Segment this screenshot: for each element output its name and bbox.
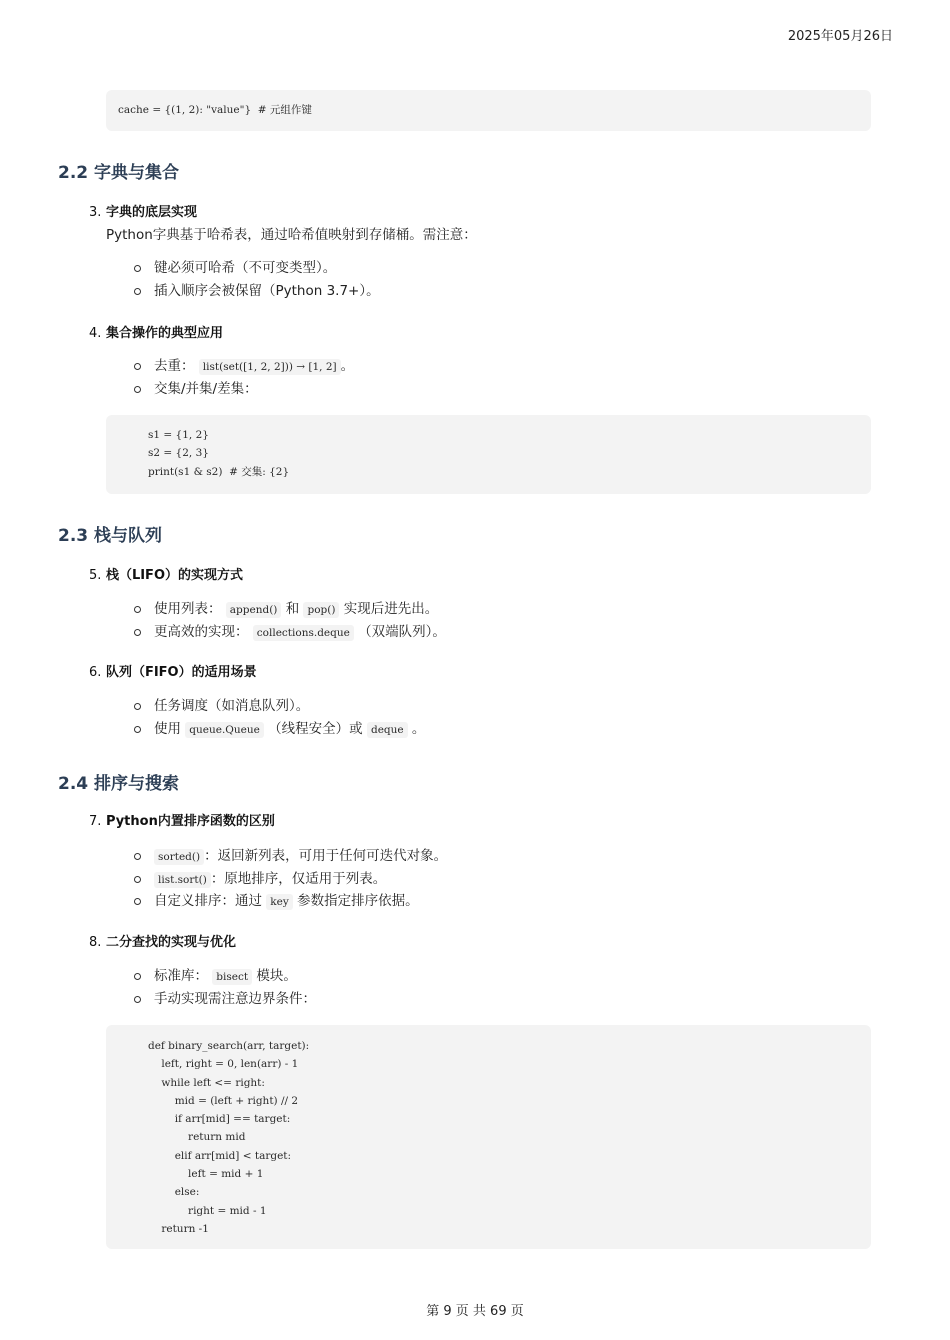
- section-heading-2-2: 2.2 字典与集合: [58, 158, 179, 183]
- bullet-text: 插入顺序会被保留（Python 3.7+）。: [154, 283, 380, 299]
- list-item: 交集/并集/差集：: [134, 378, 354, 401]
- list-item: 手动实现需注意边界条件：: [134, 988, 316, 1011]
- code-line: return mid: [148, 1128, 829, 1146]
- list-item: sorted()：返回新列表，可用于任何可迭代对象。: [134, 845, 447, 868]
- item-title-text: 队列（FIFO）的适用场景: [106, 665, 257, 680]
- inline-code: append(): [226, 602, 282, 618]
- item-number: 3.: [89, 205, 101, 220]
- inline-code: pop(): [303, 602, 339, 618]
- bullet-circle-icon: [134, 973, 141, 980]
- code-line: while left <= right:: [148, 1074, 829, 1092]
- list-item: list.sort()：原地排序，仅适用于列表。: [134, 868, 447, 891]
- bullet-circle-icon: [134, 703, 141, 710]
- item-title-6: 6. 队列（FIFO）的适用场景: [89, 661, 257, 680]
- list-item: 键必须可哈希（不可变类型）。: [134, 257, 380, 280]
- inline-code: list(set([1, 2, 2])) → [1, 2]: [199, 359, 341, 375]
- bullet-circle-icon: [134, 726, 141, 733]
- item-number: 6.: [89, 665, 101, 680]
- bullet-list-item8: 标准库： bisect 模块。 手动实现需注意边界条件：: [134, 965, 316, 1010]
- section-heading-2-4: 2.4 排序与搜索: [58, 769, 179, 794]
- item-number: 7.: [89, 814, 101, 829]
- list-item: 去重： list(set([1, 2, 2])) → [1, 2]。: [134, 355, 354, 378]
- bullet-text: （线程安全）或: [268, 721, 363, 737]
- bullet-text: 交集/并集/差集：: [154, 381, 258, 397]
- code-line: return -1: [148, 1220, 829, 1238]
- paragraph-dict-impl: Python字典基于哈希表，通过哈希值映射到存储桶。需注意：: [106, 223, 477, 243]
- bullet-text: 。: [412, 721, 426, 737]
- bullet-circle-icon: [134, 996, 141, 1003]
- bullet-circle-icon: [134, 265, 141, 272]
- list-item: 更高效的实现： collections.deque （双端队列）。: [134, 621, 446, 644]
- page-number-footer: 第 9 页 共 69 页: [0, 1300, 950, 1319]
- bullet-text: 模块。: [256, 968, 297, 984]
- bullet-text: 手动实现需注意边界条件：: [154, 991, 316, 1007]
- code-line: s2 = {2, 3}: [148, 444, 829, 462]
- bullet-list-item4: 去重： list(set([1, 2, 2])) → [1, 2]。 交集/并集…: [134, 355, 354, 400]
- list-item: 插入顺序会被保留（Python 3.7+）。: [134, 280, 380, 303]
- code-line: right = mid - 1: [148, 1202, 829, 1220]
- inline-code: list.sort(): [154, 872, 211, 888]
- bullet-circle-icon: [134, 363, 141, 370]
- item-title-8: 8. 二分查找的实现与优化: [89, 931, 236, 950]
- code-line: elif arr[mid] < target:: [148, 1147, 829, 1165]
- inline-code: bisect: [212, 969, 252, 985]
- code-line: else:: [148, 1183, 829, 1201]
- code-line: cache = {(1, 2): "value"} # 元组作键: [118, 101, 859, 119]
- item-title-5: 5. 栈（LIFO）的实现方式: [89, 564, 243, 583]
- bullet-text: 参数指定排序依据。: [297, 893, 419, 909]
- list-item: 任务调度（如消息队列）。: [134, 695, 425, 718]
- bullet-text: 去重：: [154, 358, 195, 374]
- bullet-circle-icon: [134, 853, 141, 860]
- code-line: left = mid + 1: [148, 1165, 829, 1183]
- bullet-circle-icon: [134, 898, 141, 905]
- section-heading-2-3: 2.3 栈与队列: [58, 521, 162, 546]
- bullet-list-item3: 键必须可哈希（不可变类型）。 插入顺序会被保留（Python 3.7+）。: [134, 257, 380, 302]
- page-date: 2025年05月26日: [788, 25, 893, 44]
- bullet-circle-icon: [134, 288, 141, 295]
- list-item: 使用列表： append() 和 pop() 实现后进先出。: [134, 598, 446, 621]
- item-title-7: 7. Python内置排序函数的区别: [89, 810, 275, 829]
- code-line: def binary_search(arr, target):: [148, 1037, 829, 1055]
- code-block-set-ops: s1 = {1, 2} s2 = {2, 3} print(s1 & s2) #…: [106, 415, 871, 494]
- bullet-text: 和: [286, 601, 300, 617]
- code-block-tuple-key: cache = {(1, 2): "value"} # 元组作键: [106, 90, 871, 131]
- bullet-circle-icon: [134, 876, 141, 883]
- bullet-text: 标准库：: [154, 968, 208, 984]
- item-title-text: 字典的底层实现: [106, 205, 197, 220]
- bullet-text: （双端队列）。: [358, 624, 446, 640]
- list-item: 使用 queue.Queue （线程安全）或 deque 。: [134, 718, 425, 741]
- bullet-list-item5: 使用列表： append() 和 pop() 实现后进先出。 更高效的实现： c…: [134, 598, 446, 643]
- item-title-text: Python内置排序函数的区别: [106, 814, 275, 829]
- code-line: if arr[mid] == target:: [148, 1110, 829, 1128]
- item-number: 5.: [89, 568, 101, 583]
- code-line: left, right = 0, len(arr) - 1: [148, 1055, 829, 1073]
- bullet-circle-icon: [134, 386, 141, 393]
- item-title-text: 栈（LIFO）的实现方式: [106, 568, 243, 583]
- bullet-text: 。: [341, 358, 355, 374]
- item-number: 8.: [89, 935, 101, 950]
- item-title-4: 4. 集合操作的典型应用: [89, 322, 223, 341]
- bullet-text: 自定义排序：通过: [154, 893, 262, 909]
- bullet-list-item7: sorted()：返回新列表，可用于任何可迭代对象。 list.sort()：原…: [134, 845, 447, 913]
- inline-code: deque: [367, 722, 408, 738]
- inline-code: collections.deque: [253, 625, 354, 641]
- bullet-text: 更高效的实现：: [154, 624, 249, 640]
- bullet-text: ：原地排序，仅适用于列表。: [211, 871, 387, 887]
- item-title-text: 二分查找的实现与优化: [106, 935, 236, 950]
- inline-code: queue.Queue: [185, 722, 264, 738]
- item-title-text: 集合操作的典型应用: [106, 326, 223, 341]
- bullet-list-item6: 任务调度（如消息队列）。 使用 queue.Queue （线程安全）或 dequ…: [134, 695, 425, 740]
- bullet-text: 键必须可哈希（不可变类型）。: [154, 260, 336, 276]
- inline-code: sorted(): [154, 849, 204, 865]
- bullet-circle-icon: [134, 606, 141, 613]
- code-line: print(s1 & s2) # 交集: {2}: [148, 463, 829, 481]
- list-item: 标准库： bisect 模块。: [134, 965, 316, 988]
- code-line: s1 = {1, 2}: [148, 426, 829, 444]
- code-block-binary-search: def binary_search(arr, target): left, ri…: [106, 1025, 871, 1249]
- code-line: mid = (left + right) // 2: [148, 1092, 829, 1110]
- item-title-3: 3. 字典的底层实现: [89, 201, 197, 220]
- bullet-text: 实现后进先出。: [344, 601, 439, 617]
- bullet-text: 使用: [154, 721, 181, 737]
- bullet-circle-icon: [134, 629, 141, 636]
- inline-code: key: [266, 894, 293, 910]
- bullet-text: ：返回新列表，可用于任何可迭代对象。: [204, 848, 447, 864]
- item-number: 4.: [89, 326, 101, 341]
- list-item: 自定义排序：通过 key 参数指定排序依据。: [134, 890, 447, 913]
- bullet-text: 使用列表：: [154, 601, 222, 617]
- bullet-text: 任务调度（如消息队列）。: [154, 698, 309, 714]
